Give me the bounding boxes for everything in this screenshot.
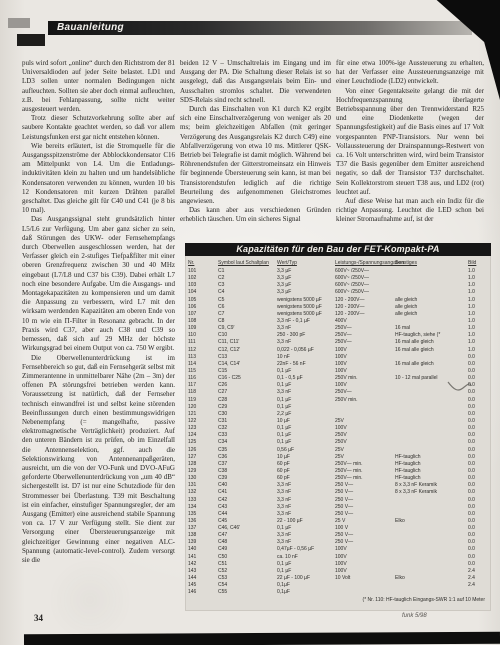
table-cell: 250 V—: [335, 504, 395, 511]
table-row: 128C3760 pF250V— min.HF-tauglich0.0: [185, 461, 491, 468]
table-cell: [395, 411, 468, 418]
table-cell: [395, 282, 468, 289]
table-cell: [395, 368, 468, 375]
table-cell: [395, 525, 468, 532]
table-row: 115C150,1 µF100V0.0: [185, 368, 491, 375]
table-cell: C5: [218, 297, 277, 304]
table-cell: 0.0: [468, 432, 488, 439]
table-row: 102C23,3 µF600V~ /250V—1.0: [185, 275, 491, 282]
table-cell: [335, 411, 395, 418]
table-cell: 3,3 nF: [277, 389, 335, 396]
table-cell: 0.0: [468, 539, 488, 546]
table-row: 139C483,3 nF250 V—0.0: [185, 539, 491, 546]
table-cell: alle gleich: [395, 304, 468, 311]
print-mark-black: [17, 34, 45, 46]
section-header-bar: Bauanleitung: [48, 21, 472, 35]
table-cell: 0.0: [468, 397, 488, 404]
table-cell: 3,3 µF: [277, 275, 335, 282]
table-cell: 100 V: [335, 525, 395, 532]
table-cell: [395, 568, 468, 575]
table-row: 123C320,1 µF100V0.0: [185, 425, 491, 432]
table-cell: [395, 289, 468, 296]
table-cell: C43: [218, 504, 277, 511]
table-cell: 0.0: [468, 546, 488, 553]
table-cell: 134: [188, 504, 218, 511]
table-cell: 0,1 µF: [277, 561, 335, 568]
table-cell: C9, C9': [218, 325, 277, 332]
table-cell: 10 µF: [277, 454, 335, 461]
table-row: 112C12, C12'0,022 - 0,056 µF100V16 mal a…: [185, 347, 491, 354]
table-row: 130C3960 pF250V— min.HF-tauglich0.0: [185, 475, 491, 482]
table-cell: C27: [218, 389, 277, 396]
table-cell: 143: [188, 568, 218, 575]
table-cell: 60 pF: [277, 468, 335, 475]
table-cell: [395, 554, 468, 561]
table-cell: [395, 397, 468, 404]
table-cell: C16 - C25: [218, 375, 277, 382]
table-cell: C26: [218, 382, 277, 389]
table-row: 122C3110 µF25V0.0: [185, 418, 491, 425]
table-cell: 128: [188, 461, 218, 468]
table-cell: C41: [218, 489, 277, 496]
section-label: Bauanleitung: [57, 22, 124, 33]
table-cell: 130: [188, 475, 218, 482]
table-cell: 0,1 - 0,5 µF: [277, 375, 335, 382]
table-cell: [395, 582, 468, 589]
table-cell: 25V: [335, 418, 395, 425]
table-cell: ca. 10 nF: [277, 554, 335, 561]
table-cell: 22nF - 56 nF: [277, 361, 335, 368]
table-cell: 1.0: [468, 304, 488, 311]
magazine-page: Bauanleitung puls wird sofort „online“ d…: [0, 0, 500, 645]
table-cell: HF-tauglich: [395, 468, 468, 475]
table-cell: C8: [218, 318, 277, 325]
table-cell: 0.0: [468, 525, 488, 532]
table-cell: 0,022 - 0,056 µF: [277, 347, 335, 354]
table-cell: 250V— min.: [335, 461, 395, 468]
table-row: 125C340,1 µF250V0.0: [185, 439, 491, 446]
table-cell: 3,3 nF: [277, 325, 335, 332]
table-cell: C30: [218, 411, 277, 418]
table-cell: C7: [218, 311, 277, 318]
table-cell: 136: [188, 518, 218, 525]
table-cell: 0.0: [468, 475, 488, 482]
table-cell: 250V— min.: [335, 475, 395, 482]
table-cell: 100V: [335, 347, 395, 354]
table-cell: 250 - 300 pF: [277, 332, 335, 339]
paragraph: Trotz dieser Schutzvorkehrung sollte abe…: [22, 114, 175, 142]
table-cell: [395, 404, 468, 411]
table-cell: 0.0: [468, 561, 488, 568]
table-cell: 104: [188, 289, 218, 296]
table-cell: 250 V—: [335, 482, 395, 489]
table-cell: 8 x 3,3 nF Keramik: [395, 489, 468, 496]
table-cell: 125: [188, 439, 218, 446]
table-cell: 3,3 µF: [277, 282, 335, 289]
table-cell: Elko: [395, 575, 468, 582]
table-cell: HF-tauglich: [395, 454, 468, 461]
table-cell: 250V: [335, 439, 395, 446]
table-cell: 121: [188, 411, 218, 418]
table-cell: 120 - 200V—: [335, 297, 395, 304]
table-cell: 1.0: [468, 297, 488, 304]
table-cell: 0,1 µF: [277, 404, 335, 411]
table-cell: 16 mal alle gleich: [395, 339, 468, 346]
table-cell: 0.0: [468, 404, 488, 411]
scan-edge-bar: [24, 632, 500, 645]
table-cell: 250V—: [335, 325, 395, 332]
table-cell: [395, 447, 468, 454]
table-cell: 0.0: [468, 468, 488, 475]
table-row: 113C1310 nF100V0.0: [185, 354, 491, 361]
table-cell: 22 - 100 µF: [277, 518, 335, 525]
table-header-cell: Bild: [468, 259, 488, 268]
table-row: 131C403,3 nF250 V—8 x 3,3 nF Keramik0.0: [185, 482, 491, 489]
table-cell: C10: [218, 332, 277, 339]
paragraph: Durch das Einschalten von K1 durch K2 er…: [180, 105, 331, 206]
table-row: 144C5322 µF - 100 µF10 VoltElko2.4: [185, 575, 491, 582]
table-cell: 3,3 nF: [277, 482, 335, 489]
table-row: 132C413,3 nF250 V—8 x 3,3 nF Keramik0.0: [185, 489, 491, 496]
table-row: 127C3610 µF25VHF-tauglich0.0: [185, 454, 491, 461]
table-cell: [395, 439, 468, 446]
table-cell: [395, 589, 468, 596]
table-cell: 1.0: [468, 347, 488, 354]
table-row: 137C46, C46'0,1 µF100 V0.0: [185, 525, 491, 532]
table-cell: 16 mal alle gleich: [395, 347, 468, 354]
table-cell: C39: [218, 475, 277, 482]
table-cell: 0.0: [468, 425, 488, 432]
table-cell: C40: [218, 482, 277, 489]
table-cell: [395, 318, 468, 325]
table-cell: 3,3 µF: [277, 268, 335, 275]
text-column-1: puls wird sofort „online“ durch den Rich…: [22, 59, 175, 611]
table-cell: 250V min.: [335, 397, 395, 404]
table-cell: 10 Volt: [335, 575, 395, 582]
table-cell: 138: [188, 532, 218, 539]
table-cell: 25V: [335, 447, 395, 454]
table-cell: 1.0: [468, 282, 488, 289]
table-cell: C6: [218, 304, 277, 311]
table-cell: 109: [188, 325, 218, 332]
table-cell: 0,1 µF: [277, 439, 335, 446]
table-row: 140C490,47µF - 0,56 µF100V0.0: [185, 546, 491, 553]
page-number: 34: [34, 613, 43, 623]
table-cell: 250 V—: [335, 511, 395, 518]
table-header-cell: Sonstiges: [395, 259, 468, 268]
table-row: 104C43,3 µF600V~ /250V—1.0: [185, 289, 491, 296]
table-cell: C44: [218, 511, 277, 518]
table-cell: 3,3 nF: [277, 497, 335, 504]
table-cell: 0.0: [468, 518, 488, 525]
table-cell: 106: [188, 304, 218, 311]
paragraph: beiden 12 V – Umschaltrelais im Eingang …: [180, 59, 331, 105]
table-row: 121C302,2 µF0.0: [185, 411, 491, 418]
table-cell: HF-tauglich, siehe (*: [395, 332, 468, 339]
table-title: Kapazitäten für den Bau der FET-Kompakt-…: [185, 243, 491, 256]
table-row: 114C14, C14'22nF - 56 nF100V16 mal alle …: [185, 361, 491, 368]
print-mark-gray: [8, 18, 30, 28]
table-cell: C13: [218, 354, 277, 361]
table-header-cell: Nr.: [188, 259, 218, 268]
table-cell: [395, 532, 468, 539]
table-cell: C4: [218, 289, 277, 296]
table-cell: 3,3 µF: [277, 289, 335, 296]
table-cell: 600V~ /250V—: [335, 268, 395, 275]
table-cell: 142: [188, 561, 218, 568]
table-cell: 3,3 nF: [277, 532, 335, 539]
table-row: 143C520,1 µF100V2.4: [185, 568, 491, 575]
table-cell: 127: [188, 454, 218, 461]
table-cell: 1.0: [468, 268, 488, 275]
table-cell: 0.0: [468, 489, 488, 496]
table-cell: 0,56 µF: [277, 447, 335, 454]
table-cell: 0,1 µF: [277, 525, 335, 532]
table-cell: 0.0: [468, 511, 488, 518]
table-cell: 126: [188, 447, 218, 454]
table-footnote: (* Nr. 110: HF-tauglich Eingangs-SWR 1:1…: [185, 596, 491, 604]
table-cell: Elko: [395, 518, 468, 525]
table-cell: 1.0: [468, 318, 488, 325]
table-cell: 118: [188, 389, 218, 396]
paragraph: Auf diese Weise hat man auch ein Indiz f…: [336, 197, 484, 225]
table-cell: 25 V: [335, 518, 395, 525]
table-cell: 0.0: [468, 354, 488, 361]
table-cell: 1.0: [468, 275, 488, 282]
table-cell: [395, 418, 468, 425]
table-header-cell: Symbol laut Schaltplan: [218, 259, 277, 268]
table-cell: HF-tauglich: [395, 475, 468, 482]
table-cell: 1.0: [468, 289, 488, 296]
table-cell: alle gleich: [395, 311, 468, 318]
table-row: 108C83,3 nF - 0,1 µF400V1.0: [185, 318, 491, 325]
table-cell: 116: [188, 375, 218, 382]
table-cell: HF-tauglich: [395, 461, 468, 468]
table-cell: 100V: [335, 354, 395, 361]
table-cell: 250V— min.: [335, 468, 395, 475]
table-cell: 60 pF: [277, 461, 335, 468]
table-cell: [395, 275, 468, 282]
table-header-cell: Leistungs-/Spannungsangaben: [335, 259, 395, 268]
table-cell: [395, 425, 468, 432]
table-cell: 25V: [335, 454, 395, 461]
table-cell: wenigstens 5000 µF: [277, 297, 335, 304]
table-row: 134C433,3 nF250 V—0.0: [185, 504, 491, 511]
table-cell: 133: [188, 497, 218, 504]
table-cell: 100V: [335, 568, 395, 575]
table-cell: C33: [218, 432, 277, 439]
table-cell: 0.0: [468, 454, 488, 461]
table-cell: [395, 354, 468, 361]
table-cell: 600V~ /250V—: [335, 282, 395, 289]
table-cell: 137: [188, 525, 218, 532]
table-cell: 139: [188, 539, 218, 546]
table-cell: 135: [188, 511, 218, 518]
table-cell: 0.0: [468, 439, 488, 446]
table-row: 101C13,3 µF600V~ /250V—1.0: [185, 268, 491, 275]
table-cell: 250V—: [335, 332, 395, 339]
table-cell: 122: [188, 418, 218, 425]
table-row: 119C280,1 µF250V min.0.0: [185, 397, 491, 404]
table-cell: C3: [218, 282, 277, 289]
table-cell: 0.0: [468, 497, 488, 504]
table-cell: 250V min.: [335, 375, 395, 382]
table-cell: C42: [218, 497, 277, 504]
table-cell: 100V: [335, 561, 395, 568]
table-cell: 2,2 µF: [277, 411, 335, 418]
table-row: 103C33,3 µF600V~ /250V—1.0: [185, 282, 491, 289]
table-cell: [335, 582, 395, 589]
table-cell: 119: [188, 397, 218, 404]
table-row: 105C5wenigstens 5000 µF120 - 200V—alle g…: [185, 297, 491, 304]
paragraph: Die Oberwellenunterdrückung ist im Ferns…: [22, 354, 175, 566]
table-cell: C50: [218, 554, 277, 561]
table-cell: 0.0: [468, 482, 488, 489]
table-cell: 16 mal alle gleich: [395, 361, 468, 368]
table-cell: C38: [218, 468, 277, 475]
table-cell: 100V: [335, 361, 395, 368]
table-cell: [395, 432, 468, 439]
table-cell: 129: [188, 468, 218, 475]
table-cell: 144: [188, 575, 218, 582]
table-cell: C36: [218, 454, 277, 461]
table-cell: wenigstens 5000 µF: [277, 311, 335, 318]
table-cell: 120: [188, 404, 218, 411]
table-cell: [395, 497, 468, 504]
table-cell: 0,1 µF: [277, 425, 335, 432]
table-row: 124C330,1 µF250V0.0: [185, 432, 491, 439]
table-cell: C47: [218, 532, 277, 539]
table-cell: C32: [218, 425, 277, 432]
table-cell: 3,3 nF: [277, 504, 335, 511]
table-cell: 100V: [335, 546, 395, 553]
table-row: 106C6wenigstens 5000 µF120 - 200V—alle g…: [185, 304, 491, 311]
table-row: 120C290,1 µF0.0: [185, 404, 491, 411]
table-cell: 111: [188, 339, 218, 346]
table-cell: 110: [188, 332, 218, 339]
table-cell: [468, 589, 488, 596]
table-row: 142C510,1 µF100V0.0: [185, 561, 491, 568]
table-cell: 0.0: [468, 461, 488, 468]
table-cell: C12, C12': [218, 347, 277, 354]
table-cell: 1.0: [468, 325, 488, 332]
issue-label: funk 5/98: [402, 613, 427, 619]
table-cell: 1.0: [468, 311, 488, 318]
table-cell: 0,1µF: [277, 582, 335, 589]
table-cell: 0.0: [468, 418, 488, 425]
table-cell: 105: [188, 297, 218, 304]
table-cell: 100V: [335, 368, 395, 375]
table-cell: 145: [188, 582, 218, 589]
table-cell: 250 V—: [335, 497, 395, 504]
table-cell: 0,1 µF: [277, 432, 335, 439]
pen-mark-icon: [446, 378, 472, 396]
table-cell: 250 V—: [335, 489, 395, 496]
table-cell: C1: [218, 268, 277, 275]
table-cell: C29: [218, 404, 277, 411]
table-cell: 124: [188, 432, 218, 439]
table-cell: C37: [218, 461, 277, 468]
table-cell: 117: [188, 382, 218, 389]
table-cell: 146: [188, 589, 218, 596]
table-cell: 0.0: [468, 368, 488, 375]
table-cell: 1.0: [468, 332, 488, 339]
table-cell: 60 pF: [277, 475, 335, 482]
table-cell: 2.4: [468, 575, 488, 582]
table-cell: wenigstens 5000 µF: [277, 304, 335, 311]
table-row: 135C443,3 nF250 V—0.0: [185, 511, 491, 518]
table-cell: 0,1 µF: [277, 368, 335, 375]
table-cell: 103: [188, 282, 218, 289]
text-column-2: beiden 12 V – Umschaltrelais im Eingang …: [180, 59, 331, 241]
text-column-3: für eine etwa 100%-ige Aussteuerung zu e…: [336, 59, 484, 241]
table-cell: 3,3 nF: [277, 339, 335, 346]
table-cell: 0.0: [468, 411, 488, 418]
table-cell: 2.4: [468, 582, 488, 589]
table-row: 109C9, C9'3,3 nF250V—16 mal1.0: [185, 325, 491, 332]
table-cell: 600V~ /250V—: [335, 289, 395, 296]
table-cell: [395, 511, 468, 518]
paragraph: Wie bereits erläutert, ist die Stromquel…: [22, 142, 175, 216]
table-cell: C54: [218, 582, 277, 589]
table-row: 141C50ca. 10 nF100V0.0: [185, 554, 491, 561]
table-body: 101C13,3 µF600V~ /250V—1.0102C23,3 µF600…: [185, 268, 491, 596]
table-cell: 250V—: [335, 339, 395, 346]
table-cell: C14, C14': [218, 361, 277, 368]
table-row: 133C423,3 nF250 V—0.0: [185, 497, 491, 504]
table-cell: 0,1µF: [277, 589, 335, 596]
table-cell: [395, 504, 468, 511]
table-cell: 131: [188, 482, 218, 489]
table-cell: 0,47µF - 0,56 µF: [277, 546, 335, 553]
table-cell: 100V: [335, 425, 395, 432]
table-row: 110C10250 - 300 pF250V—HF-tauglich, sieh…: [185, 332, 491, 339]
table-cell: C51: [218, 561, 277, 568]
table-cell: 2.4: [468, 568, 488, 575]
table-cell: 3,3 nF - 0,1 µF: [277, 318, 335, 325]
paragraph: puls wird sofort „online“ durch den Rich…: [22, 59, 175, 114]
table-cell: 100V: [335, 554, 395, 561]
table-cell: 8 x 3,3 nF Keramik: [395, 482, 468, 489]
table-cell: 0.0: [468, 554, 488, 561]
table-cell: 3,3 nF: [277, 511, 335, 518]
paragraph: Das kann aber aus verschiedenen Gründen …: [180, 206, 331, 224]
table-cell: [395, 561, 468, 568]
table-cell: 0.0: [468, 532, 488, 539]
table-cell: C53: [218, 575, 277, 582]
table-cell: [395, 268, 468, 275]
table-cell: C49: [218, 546, 277, 553]
table-cell: 100V: [335, 382, 395, 389]
table-cell: 108: [188, 318, 218, 325]
table-cell: 123: [188, 425, 218, 432]
table-cell: 10 nF: [277, 354, 335, 361]
table-cell: C2: [218, 275, 277, 282]
table-cell: 250 V—: [335, 539, 395, 546]
table-cell: C34: [218, 439, 277, 446]
table-cell: C46, C46': [218, 525, 277, 532]
table-cell: 107: [188, 311, 218, 318]
table-cell: 113: [188, 354, 218, 361]
table-cell: C28: [218, 397, 277, 404]
table-cell: 0.0: [468, 504, 488, 511]
table-cell: 400V: [335, 318, 395, 325]
table-cell: C45: [218, 518, 277, 525]
paragraph: für eine etwa 100%-ige Aussteuerung zu e…: [336, 59, 484, 87]
table-cell: C52: [218, 568, 277, 575]
table-cell: 0,1 µF: [277, 382, 335, 389]
table-cell: 3,3 nF: [277, 489, 335, 496]
